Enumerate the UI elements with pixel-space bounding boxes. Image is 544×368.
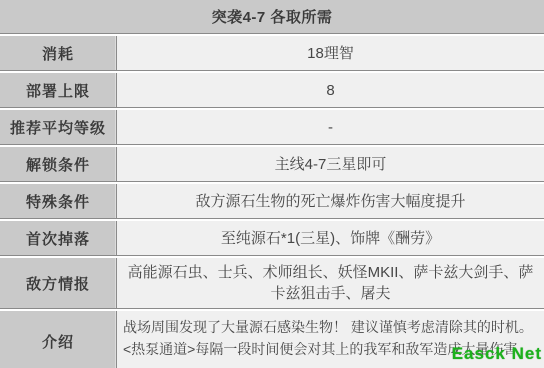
table-row-deploy-limit: 部署上限 8 [0,73,544,108]
stage-title: 突袭4-7 各取所需 [212,6,333,27]
introduction-line-1: 战场周围发现了大量源石感染生物！ 建议谨慎考虑清除其的时机。 [123,316,533,338]
row-value-first-drop: 至纯源石*1(三星)、饰牌《酬劳》 [117,221,544,255]
row-value-recommended-level: - [117,110,544,144]
row-label-introduction: 介绍 [0,311,117,368]
site-watermark: Easck Net [452,344,542,364]
row-value-special-condition: 敌方源石生物的死亡爆炸伤害大幅度提升 [117,184,544,218]
stage-info-table: 突袭4-7 各取所需 消耗 18理智 部署上限 8 推荐平均等级 - 解锁条件 … [0,0,544,368]
table-row-recommended-level: 推荐平均等级 - [0,110,544,145]
row-value-unlock-condition: 主线4-7三星即可 [117,147,544,181]
table-row-cost: 消耗 18理智 [0,36,544,71]
row-label-first-drop: 首次掉落 [0,221,117,255]
row-label-cost: 消耗 [0,36,117,70]
table-row-unlock-condition: 解锁条件 主线4-7三星即可 [0,147,544,182]
table-row-enemy-info: 敌方情报 高能源石虫、士兵、术师组长、妖怪MKII、萨卡兹大剑手、萨卡兹狙击手、… [0,258,544,309]
row-label-recommended-level: 推荐平均等级 [0,110,117,144]
row-label-enemy-info: 敌方情报 [0,258,117,308]
row-value-enemy-info: 高能源石虫、士兵、术师组长、妖怪MKII、萨卡兹大剑手、萨卡兹狙击手、屠夫 [117,258,544,308]
row-label-deploy-limit: 部署上限 [0,73,117,107]
row-value-cost: 18理智 [117,36,544,70]
row-label-unlock-condition: 解锁条件 [0,147,117,181]
table-row-first-drop: 首次掉落 至纯源石*1(三星)、饰牌《酬劳》 [0,221,544,256]
row-value-deploy-limit: 8 [117,73,544,107]
row-label-special-condition: 特殊条件 [0,184,117,218]
stage-title-row: 突袭4-7 各取所需 [0,0,544,34]
table-row-special-condition: 特殊条件 敌方源石生物的死亡爆炸伤害大幅度提升 [0,184,544,219]
